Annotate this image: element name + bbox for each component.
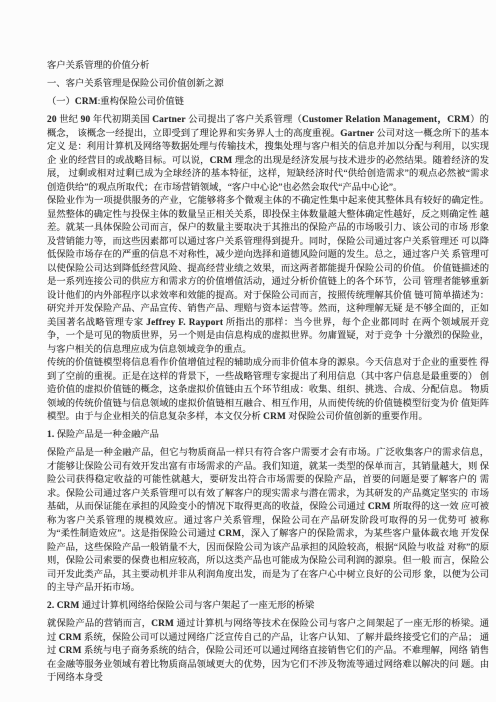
doc-title: 客户关系管理的价值分析 bbox=[47, 60, 489, 74]
document-page: 客户关系管理的价值分析一、客户关系管理是保险公司价值创新之源（一）CRM:重构保… bbox=[0, 0, 496, 702]
bold-term: CRM bbox=[368, 502, 391, 512]
numbered-heading-2: 2. CRM 通过计算机网络给保险公司与客户架起了一座无形的桥梁 bbox=[47, 600, 489, 614]
paragraph-insurance-product: 保险产品是一种金融产品，但它与物质商品一样只有符合客户需要才会有市场。广泛收集客… bbox=[47, 447, 489, 596]
section-heading-1: 一、客户关系管理是保险公司价值创新之源 bbox=[47, 78, 489, 92]
text-run: 保险业作为一项提供服务的产业，它能够将多个微观主体的不确定性集中起来使其整体具有… bbox=[47, 196, 489, 328]
text-run: 保险产品是一种金融产品 bbox=[54, 430, 159, 440]
bold-term: CRM bbox=[75, 97, 98, 107]
bold-term: CRM bbox=[59, 633, 82, 643]
subsection-heading-1-1: （一）CRM:重构保险公司价值链 bbox=[47, 96, 489, 110]
bold-term: Gartner bbox=[340, 129, 374, 139]
bold-term: CRM bbox=[59, 646, 82, 656]
text-run: 客户关系管理的价值分析 bbox=[47, 61, 149, 71]
text-run: 系统与电子商务系统的结合，保险公司还可以通过网络直接销售它们的产品。不难理解，网… bbox=[47, 646, 489, 683]
bold-term: CRM bbox=[218, 529, 241, 539]
bold-term: 90 bbox=[81, 115, 91, 125]
paragraph-crm-concept: 20 世纪 90 年代初期美国 Cartner 公司提出了客户关系管理（Cust… bbox=[47, 114, 489, 195]
bold-term: 20 bbox=[47, 115, 57, 125]
text-run: 通过计算机网络给保险公司与客户架起了一座无形的桥梁 bbox=[80, 601, 315, 611]
paragraph-insurance-industry: 保险业作为一项提供服务的产业，它能够将多个微观主体的不确定性集中起来使其整体具有… bbox=[47, 195, 489, 357]
bold-term: CRM bbox=[210, 156, 233, 166]
text-run: 一、客户关系管理是保险公司价值创新之源 bbox=[47, 79, 224, 89]
paragraph-value-chain: 传统的价值链模型将信息看作价值增值过程的辅助成分而非价值本身的源泉。今天信息对于… bbox=[47, 357, 489, 425]
text-run: 世纪 bbox=[57, 115, 81, 125]
text-run: 公司提出了客户关系管理（ bbox=[186, 115, 302, 125]
bold-term: Cartner bbox=[152, 115, 185, 125]
text-run: 对保险公司价值创新的重要作用。 bbox=[286, 412, 428, 422]
bold-term: CRM bbox=[57, 601, 80, 611]
text-run: 年代初期美国 bbox=[90, 115, 152, 125]
numbered-heading-1: 1. 保险产品是一种金融产品 bbox=[47, 429, 489, 443]
bold-term: Customer Relation Management，CRM bbox=[302, 115, 470, 125]
bold-term: Jeffrey F. Rayport bbox=[146, 318, 223, 328]
text-run: :重构保险公司价值链 bbox=[98, 97, 184, 107]
paragraph-crm-network: 就保险产品的营销而言，CRM 通过计算机与网络等技术在保险公司与客户之间架起了一… bbox=[47, 618, 489, 686]
bold-term: CRM bbox=[151, 619, 174, 629]
text-run: 就保险产品的营销而言， bbox=[47, 619, 151, 629]
bold-term: CRM bbox=[263, 412, 286, 422]
text-run: （一） bbox=[47, 97, 75, 107]
